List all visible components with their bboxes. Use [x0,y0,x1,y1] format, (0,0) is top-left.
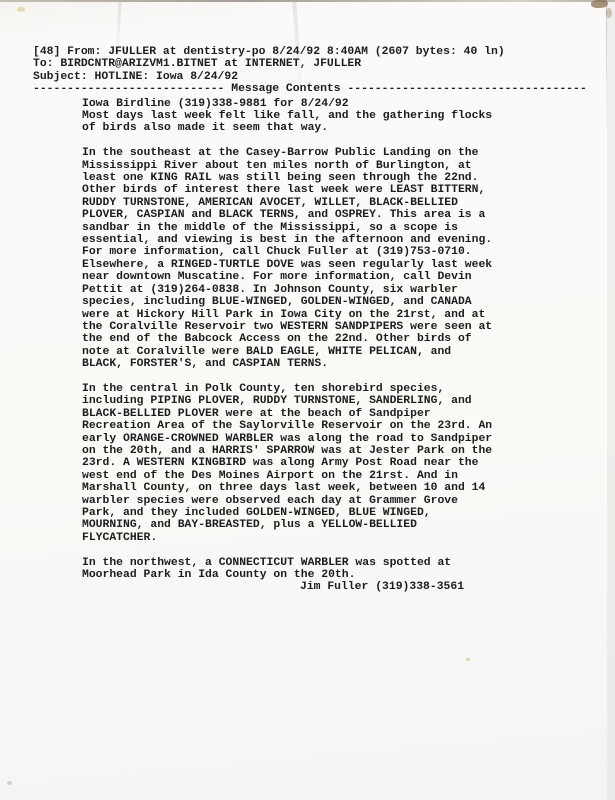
message-paragraph-southeast: In the southeast at the Casey-Barrow Pub… [82,147,587,370]
paper-spot-top-left [17,7,25,12]
email-printout-content: [48] From: JFULLER at dentistry-po 8/24/… [33,46,587,594]
scanned-email-page: [48] From: JFULLER at dentistry-po 8/24/… [0,0,615,800]
message-paragraph-central: In the central in Polk County, ten shore… [82,383,587,544]
signature-line: Jim Fuller (319)338-3561 [82,581,587,593]
message-paragraph-northwest: In the northwest, a CONNECTICUT WARBLER … [82,557,587,582]
paper-speck-right [466,658,470,661]
email-header: [48] From: JFULLER at dentistry-po 8/24/… [33,46,587,96]
scan-right-edge-strip [607,0,615,800]
paper-speck-bottom-left [7,781,12,785]
scan-top-edge [0,0,615,2]
message-body: Iowa Birdline (319)338-9881 for 8/24/92 … [82,98,587,594]
message-paragraph-intro: Iowa Birdline (319)338-9881 for 8/24/92 … [82,98,587,135]
